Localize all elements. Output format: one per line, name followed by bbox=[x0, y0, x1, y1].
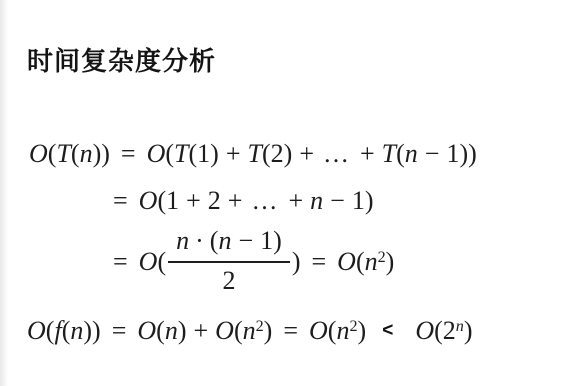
math-token: n bbox=[176, 226, 189, 255]
math-token: T bbox=[56, 139, 70, 168]
math-token: 2 bbox=[208, 186, 221, 215]
formula-line-2: =O(1+2+…+n−1) bbox=[102, 184, 544, 218]
math-token: − bbox=[330, 186, 345, 215]
formula-line-3: =O(n·(n−1)2)=O(n2) bbox=[102, 224, 544, 304]
page-title: 时间复杂度分析 bbox=[27, 47, 544, 77]
math-token: + bbox=[360, 139, 375, 168]
math-token: (1 bbox=[157, 186, 179, 215]
math-token: … bbox=[251, 186, 279, 215]
math-token: ( bbox=[356, 247, 365, 276]
math-token: O bbox=[147, 139, 166, 168]
math-token: ( bbox=[71, 139, 80, 168]
math-token: O bbox=[29, 139, 48, 168]
math-token: = bbox=[311, 247, 326, 276]
fraction: n·(n−1)2 bbox=[168, 224, 290, 298]
math-token: 2 bbox=[222, 266, 235, 295]
math-token: = bbox=[121, 139, 136, 168]
math-token: O bbox=[137, 316, 156, 345]
math-token: + bbox=[228, 186, 243, 215]
math-token: n bbox=[405, 139, 418, 168]
math-block: O(T(n))=O(T(1)+T(2)+…+T(n−1))=O(1+2+…+n−… bbox=[27, 137, 544, 348]
math-token: ( bbox=[234, 316, 243, 345]
math-token: ) bbox=[464, 316, 473, 345]
math-token: 1) bbox=[352, 186, 374, 215]
formula-line-1: O(T(n))=O(T(1)+T(2)+…+T(n−1)) bbox=[29, 137, 544, 171]
math-token: + bbox=[226, 139, 241, 168]
math-token: 1)) bbox=[446, 139, 476, 168]
math-token: … bbox=[323, 139, 351, 168]
math-token: n bbox=[243, 316, 256, 345]
fraction-numerator: n·(n−1) bbox=[168, 224, 290, 263]
math-token: T bbox=[382, 139, 396, 168]
math-token: n bbox=[80, 139, 93, 168]
math-token: + bbox=[288, 186, 303, 215]
math-token: (2) bbox=[262, 139, 292, 168]
math-token: + bbox=[186, 186, 201, 215]
math-token: · bbox=[195, 226, 204, 255]
formula-line-4: O(f(n))=O(n)+O(n2)=O(n2)<O(2n) bbox=[27, 314, 544, 348]
math-token: ( bbox=[396, 139, 405, 168]
math-token: O bbox=[415, 316, 434, 345]
math-token: n bbox=[70, 316, 83, 345]
math-token: )) bbox=[93, 139, 110, 168]
math-token: ( bbox=[156, 316, 165, 345]
math-token: = bbox=[113, 247, 128, 276]
math-token: ) bbox=[292, 247, 301, 276]
math-token: = bbox=[283, 316, 298, 345]
left-edge-shadow bbox=[0, 0, 8, 386]
math-token: + bbox=[299, 139, 314, 168]
slide-page: { "page": { "background": "#ffffff", "te… bbox=[0, 0, 562, 386]
math-token: (2 bbox=[434, 316, 456, 345]
math-token: ) bbox=[178, 316, 187, 345]
math-token: + bbox=[193, 316, 208, 345]
math-token: − bbox=[238, 226, 253, 255]
math-token: n bbox=[456, 318, 464, 335]
math-token: T bbox=[174, 139, 188, 168]
math-token: n bbox=[336, 316, 349, 345]
math-token: O bbox=[139, 186, 158, 215]
math-token: f bbox=[54, 316, 61, 345]
math-token: ( bbox=[157, 247, 166, 276]
math-token: n bbox=[310, 186, 323, 215]
math-token: ) bbox=[264, 316, 273, 345]
math-token: = bbox=[113, 186, 128, 215]
math-token: 2 bbox=[256, 318, 264, 335]
math-token: n bbox=[365, 247, 378, 276]
math-token: T bbox=[248, 139, 262, 168]
math-token: 2 bbox=[378, 249, 386, 266]
math-token: (1) bbox=[189, 139, 219, 168]
math-token: ) bbox=[386, 247, 395, 276]
math-token: n bbox=[165, 316, 178, 345]
math-token: O bbox=[337, 247, 356, 276]
math-token: O bbox=[27, 316, 46, 345]
fraction-denominator: 2 bbox=[168, 263, 290, 298]
math-token: 2 bbox=[349, 318, 357, 335]
math-token: O bbox=[139, 247, 158, 276]
math-token: ( bbox=[165, 139, 174, 168]
math-token: ) bbox=[358, 316, 367, 345]
math-token: < bbox=[382, 320, 393, 341]
math-token: − bbox=[425, 139, 440, 168]
math-token: = bbox=[112, 316, 127, 345]
math-token: O bbox=[309, 316, 328, 345]
math-token: n bbox=[218, 226, 231, 255]
math-token: )) bbox=[83, 316, 100, 345]
math-token: 1) bbox=[260, 226, 282, 255]
math-token: O bbox=[215, 316, 234, 345]
